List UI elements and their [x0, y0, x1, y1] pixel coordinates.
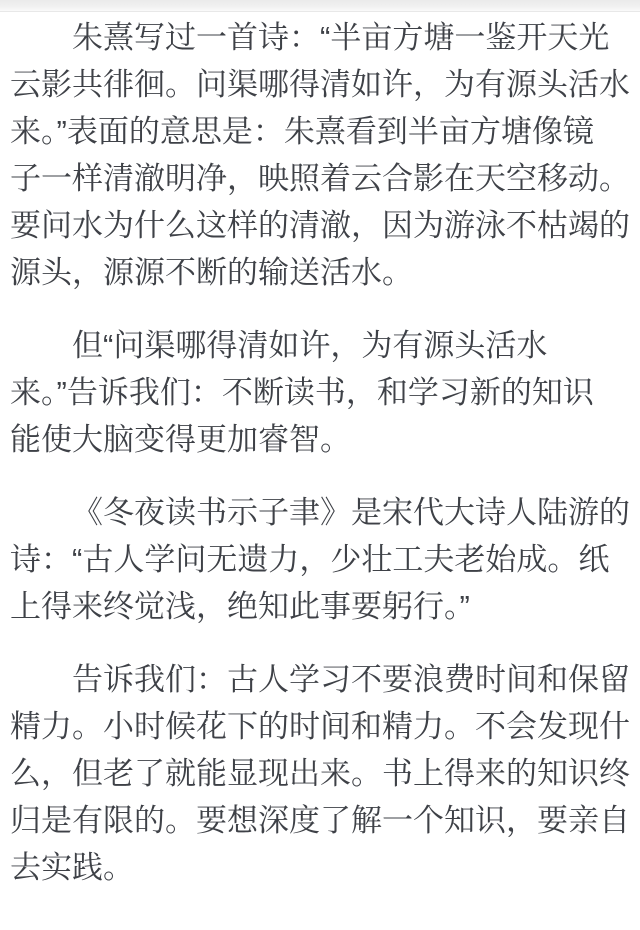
document-text: 朱熹写过一首诗：“半亩方塘一鉴开天光云影共徘徊。问渠哪得清如许，为有源头活水来。…: [0, 12, 640, 891]
text-line: 来。”告诉我们：不断读书，和学习新的知识: [10, 369, 630, 416]
text-paragraph: 朱熹写过一首诗：“半亩方塘一鉴开天光云影共徘徊。问渠哪得清如许，为有源头活水来。…: [10, 14, 630, 296]
text-line: 归是有限的。要想深度了解一个知识，要亲自: [10, 797, 630, 844]
text-line: 能使大脑变得更加睿智。: [10, 416, 630, 463]
text-line: 要问水为什么这样的清澈，因为游泳不枯竭的: [10, 202, 630, 249]
text-line: 上得来终觉浅，绝知此事要躬行。”: [10, 583, 630, 630]
document-page: 朱熹写过一首诗：“半亩方塘一鉴开天光云影共徘徊。问渠哪得清如许，为有源头活水来。…: [0, 0, 640, 930]
text-line: 子一样清澈明净，映照着云合影在天空移动。: [10, 155, 630, 202]
text-line: 云影共徘徊。问渠哪得清如许，为有源头活水: [10, 61, 630, 108]
text-paragraph: 《冬夜读书示子聿》是宋代大诗人陆游的诗：“古人学问无遗力，少壮工夫老始成。纸上得…: [10, 489, 630, 630]
text-line: 告诉我们：古人学习不要浪费时间和保留: [10, 656, 630, 703]
text-paragraph: 但“问渠哪得清如许，为有源头活水来。”告诉我们：不断读书，和学习新的知识能使大脑…: [10, 322, 630, 463]
text-line: 《冬夜读书示子聿》是宋代大诗人陆游的: [10, 489, 630, 536]
text-line: 朱熹写过一首诗：“半亩方塘一鉴开天光: [10, 14, 630, 61]
page-top-edge: [0, 0, 640, 12]
text-line: 来。”表面的意思是：朱熹看到半亩方塘像镜: [10, 108, 630, 155]
text-paragraph: 告诉我们：古人学习不要浪费时间和保留精力。小时候花下的时间和精力。不会发现什么，…: [10, 656, 630, 891]
text-line: 精力。小时候花下的时间和精力。不会发现什: [10, 703, 630, 750]
text-line: 么，但老了就能显现出来。书上得来的知识终: [10, 750, 630, 797]
text-line: 但“问渠哪得清如许，为有源头活水: [10, 322, 630, 369]
text-line: 源头，源源不断的输送活水。: [10, 249, 630, 296]
text-line: 诗：“古人学问无遗力，少壮工夫老始成。纸: [10, 536, 630, 583]
text-line: 去实践。: [10, 844, 630, 891]
